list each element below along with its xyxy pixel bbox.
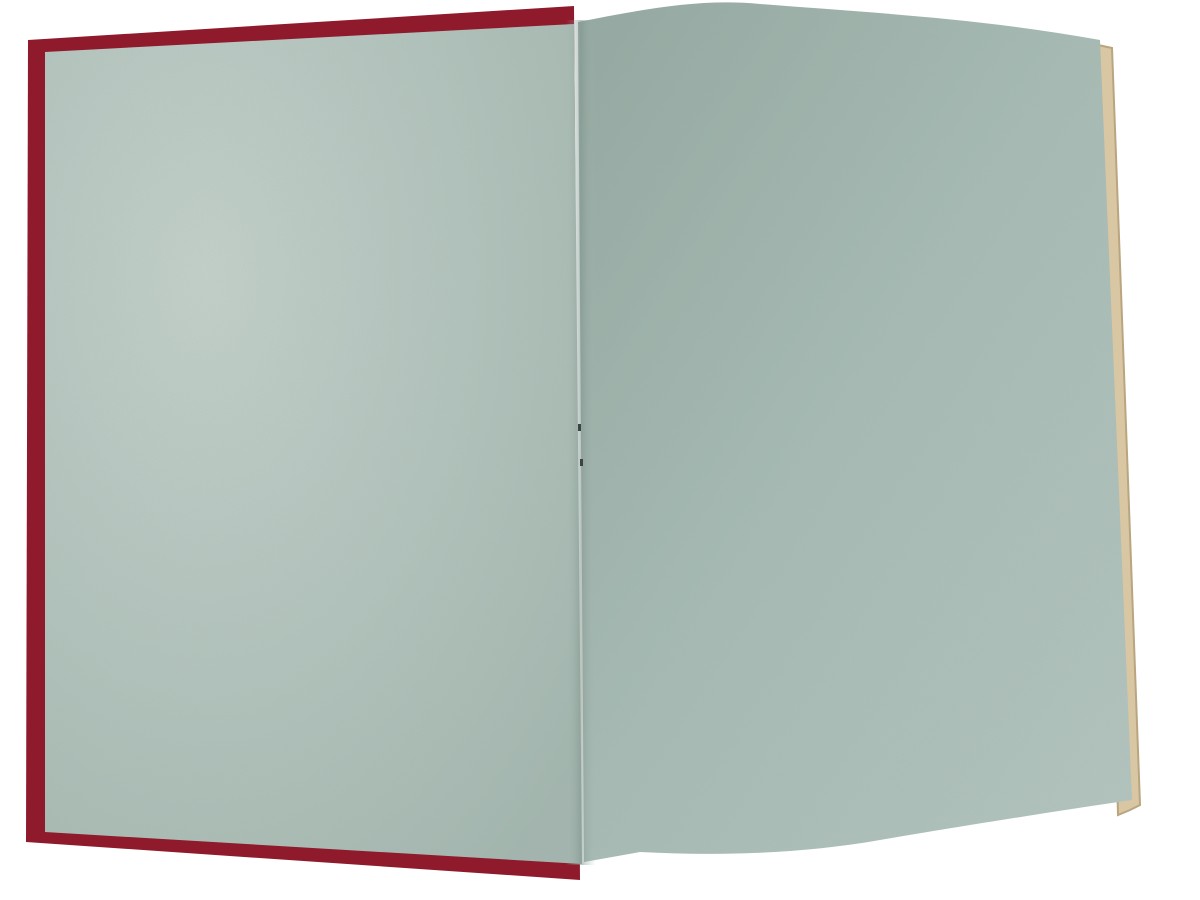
gutter-shadow [566, 20, 596, 865]
right-endpaper [578, 2, 1132, 862]
gutter-mark [580, 459, 583, 466]
gutter-mark [578, 424, 581, 431]
book-photo [0, 0, 1200, 900]
open-book-illustration [0, 0, 1200, 900]
left-endpaper [45, 24, 582, 864]
